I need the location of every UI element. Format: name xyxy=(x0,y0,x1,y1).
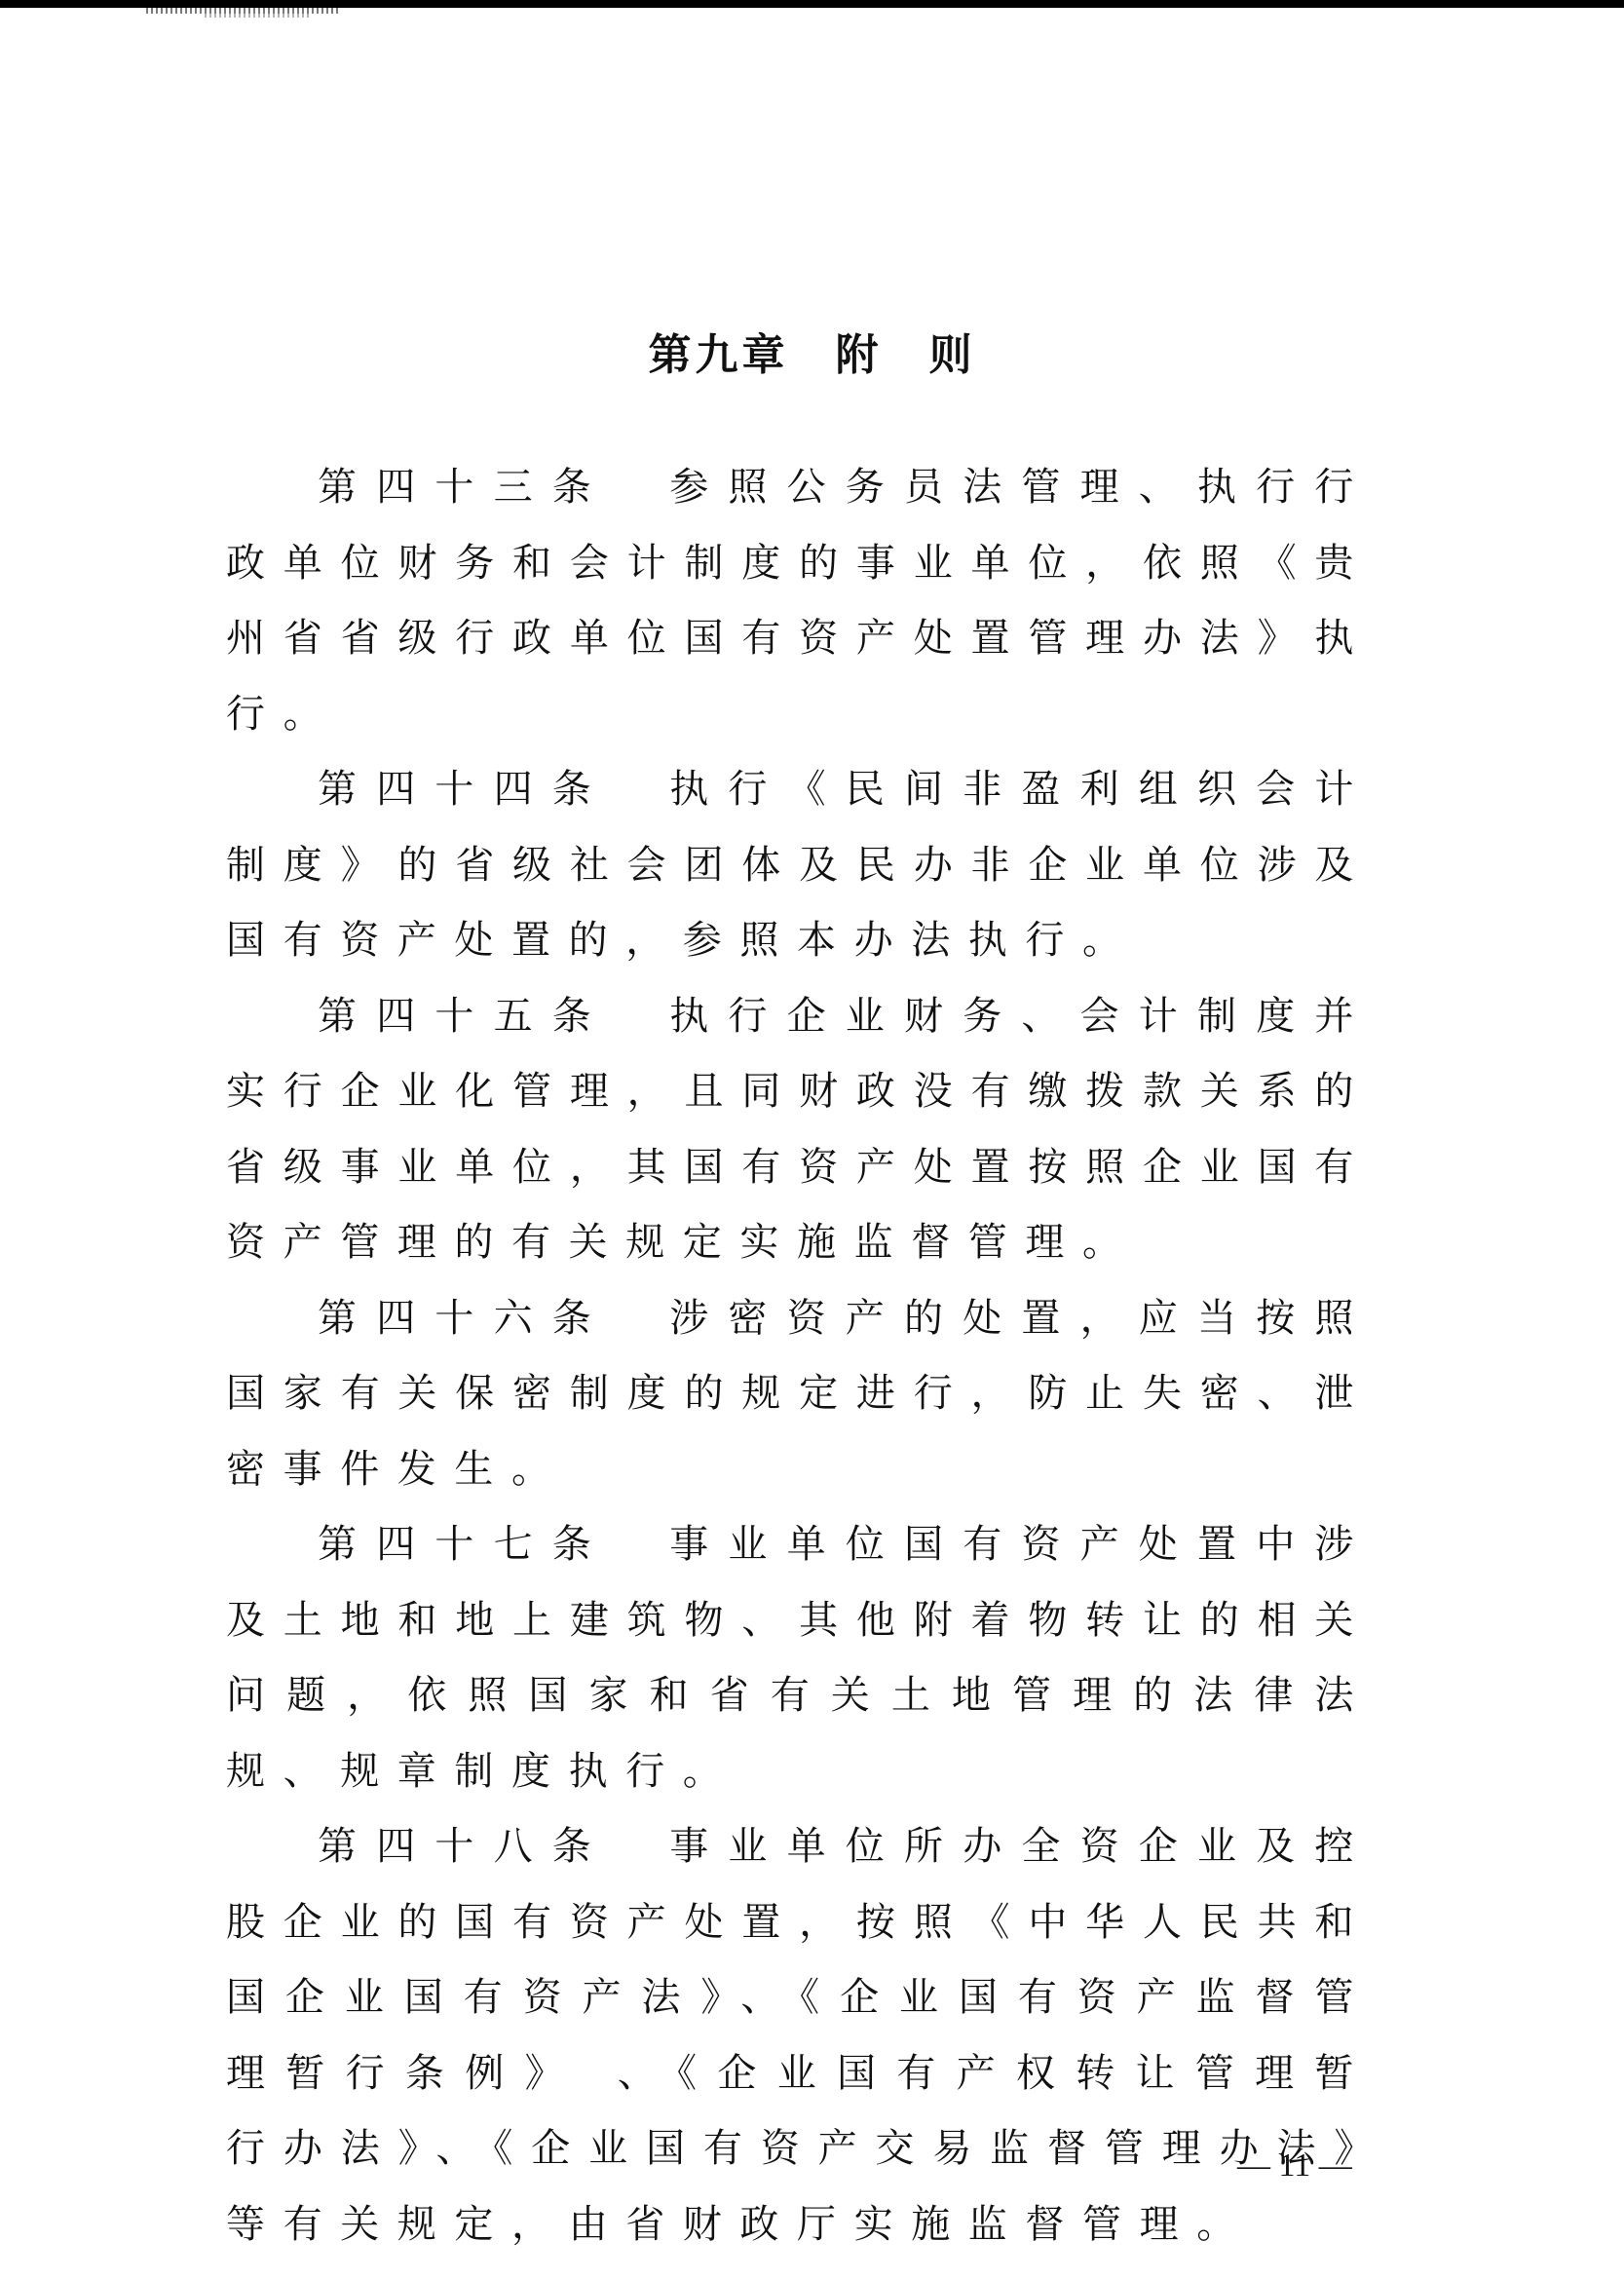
scan-noise-artifact xyxy=(205,14,312,18)
article-number: 第四十四条 xyxy=(318,767,611,812)
article-gap xyxy=(611,767,669,812)
article-gap xyxy=(611,994,669,1039)
chapter-title: 第九章 附 则 xyxy=(0,320,1624,382)
article-48: 第四十八条 事业单位所办全资企业及控股企业的国有资产处置，按照《中华人民共和国企… xyxy=(226,1809,1372,2262)
article-44: 第四十四条 执行《民间非盈利组织会计制度》的省级社会团体及民办非企业单位涉及国有… xyxy=(226,752,1372,979)
page-number: — 11 — xyxy=(1237,2147,1352,2184)
article-number: 第四十五条 xyxy=(318,994,611,1039)
article-45: 第四十五条 执行企业财务、会计制度并实行企业化管理，且同财政没有缴拨款关系的省级… xyxy=(226,979,1372,1281)
article-43: 第四十三条 参照公务员法管理、执行行政单位财务和会计制度的事业单位，依照《贵州省… xyxy=(226,450,1372,752)
article-number: 第四十六条 xyxy=(318,1296,611,1341)
article-gap xyxy=(611,465,669,510)
article-text: 事业单位所办全资企业及控股企业的国有资产处置，按照《中华人民共和国企业国有资产法… xyxy=(226,1824,1372,2247)
article-number: 第四十三条 xyxy=(318,465,611,510)
article-47: 第四十七条 事业单位国有资产处置中涉及土地和地上建筑物、其他附着物转让的相关问题… xyxy=(226,1507,1372,1809)
article-gap xyxy=(611,1296,669,1341)
article-number: 第四十八条 xyxy=(318,1824,611,1869)
document-body: 第四十三条 参照公务员法管理、执行行政单位财务和会计制度的事业单位，依照《贵州省… xyxy=(226,450,1372,2262)
article-46: 第四十六条 涉密资产的处置，应当按照国家有关保密制度的规定进行，防止失密、泄密事… xyxy=(226,1281,1372,1508)
article-gap xyxy=(611,1522,669,1567)
article-gap xyxy=(611,1824,669,1869)
scan-edge-artifact xyxy=(0,0,1624,8)
article-number: 第四十七条 xyxy=(318,1522,611,1567)
